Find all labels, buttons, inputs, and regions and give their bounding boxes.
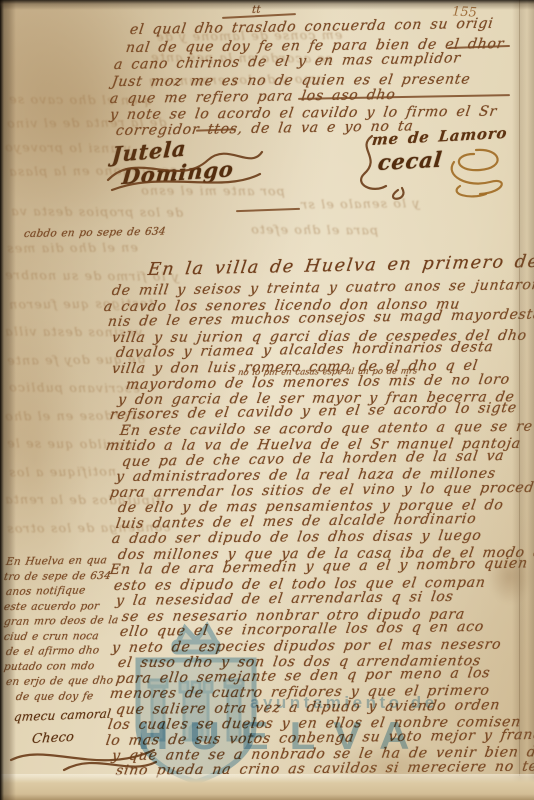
main-line: a dado ser dipudo de los dhos disas y lu… [111,528,483,547]
margin-note-line: ciud e crun noca [3,630,100,643]
closing-line: Just moz me es no de quien es el present… [111,71,472,90]
page-edge-right [512,0,534,800]
signature-right-rubric [352,128,422,203]
margin-note-line: gran mro deos de la [3,614,119,628]
photo-edge-top [0,0,534,10]
bleedthrough-line: en el dho dia mes [6,240,138,256]
manuscript-scan: em conse de lamone y de se acordo en la … [0,0,534,800]
watermark-text-large: HUELVA [138,714,430,758]
huelva-crest-icon [122,620,270,792]
margin-note-line: En Huelva en qua [5,554,108,568]
margin-note-line: tro de sepe de 634 [3,570,112,583]
signature-left-rubric [100,138,270,198]
margin-note-line: putado con mdo [3,660,95,673]
main-line: En la villa de Huelva en primero de sepe [147,251,534,280]
margin-note-line: este acuerdo por [3,600,100,613]
photo-edge-left [0,0,16,800]
main-line: y la nesesidad de el arrendarlas q si lo… [115,589,455,609]
closing-line: el qual dho traslado concuerda con su or… [129,16,495,38]
margin-signature: qmecu camoral [13,707,112,724]
margin-note-line: en erjo de que dho [5,674,114,688]
separator-stroke [236,208,300,212]
rubric-scribble [440,142,512,200]
margin-heading: cabdo en po sepe de 634 [23,226,166,241]
bleedthrough-line: notifique a los [8,464,116,480]
watermark-text-small: ayuntamiento de [250,693,438,713]
margin-note-line: de el afirmo dho [5,644,100,658]
page-edge-bottom [0,774,534,800]
margin-note-line: de que doy fe [15,690,94,703]
margin-note-line: anos notifique [5,584,86,598]
bleedthrough-line: para el dho efeto [250,222,378,238]
bleedthrough-line: de los propios desta va [10,203,183,220]
